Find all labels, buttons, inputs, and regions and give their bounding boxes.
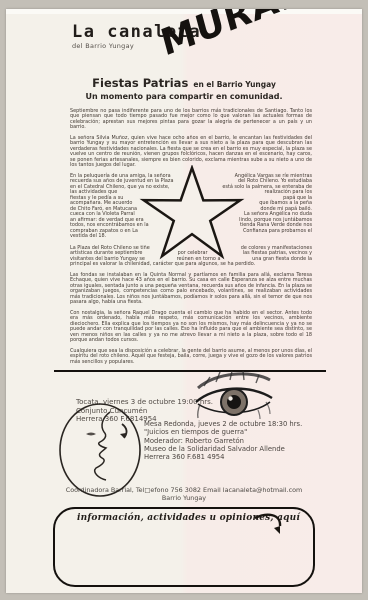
plaza-row: principal es valorar la chilenidad, cará… bbox=[70, 262, 312, 268]
event-mesa-line: Museo de la Solidaridad Salvador Allende bbox=[144, 445, 302, 453]
headline-title: Fiestas Patrias bbox=[92, 76, 188, 90]
headline-subtitle: Un momento para compartir en comunidad. bbox=[6, 92, 362, 102]
star-icon bbox=[136, 165, 248, 261]
headline-title-suffix: en el Barrio Yungay bbox=[193, 80, 275, 89]
arrow-icon bbox=[253, 512, 287, 542]
plaza-left-segment: principal es valorar la chilenidad, cará… bbox=[70, 262, 255, 268]
flyer-page: La canaleta. del Barrio Yungay MURAL Fie… bbox=[6, 9, 362, 593]
plaza-right-segment: una gran fiesta donde la bbox=[252, 257, 312, 263]
star-wrap-section: En la peluquería de una amiga, la señora… bbox=[70, 174, 312, 244]
article-body: Septiembre no pasa indiferente para uno … bbox=[70, 109, 312, 485]
headline: Fiestas Patrias en el Barrio Yungay Un m… bbox=[6, 72, 362, 102]
event-mesa-line: Herrera 360 F.681 4954 bbox=[144, 453, 302, 461]
event-mesa-line: Mesa Redonda, jueves 2 de octubre 18:30 … bbox=[144, 420, 302, 428]
event-mesa-line: "Juicios en tiempos de guerra" bbox=[144, 428, 302, 436]
paragraph-septiembre: Septiembre no pasa indiferente para uno … bbox=[70, 109, 312, 131]
event-mesa-redonda: Mesa Redonda, jueves 2 de octubre 18:30 … bbox=[144, 420, 302, 461]
suggestion-box: información, actividades u opiniones, aq… bbox=[53, 507, 315, 587]
event-mesa-line: Moderador: Roberto Garretón bbox=[144, 437, 302, 445]
masthead: La canaleta. del Barrio Yungay MURAL bbox=[6, 9, 362, 50]
paragraph-raquel-drago: Con nostalgia, la señora Raquel Drago cu… bbox=[70, 311, 312, 344]
paragraph-cierre: Cualquiera que sea la disposición a cele… bbox=[70, 349, 312, 366]
paragraph-fondas: Las fondas se instalaban en la Quinta No… bbox=[70, 273, 312, 306]
headline-title-row: Fiestas Patrias en el Barrio Yungay bbox=[6, 72, 362, 91]
face-profile-illustration bbox=[52, 396, 148, 500]
events-section: Tocata, viernes 3 de octubre 19:00 hrs.C… bbox=[70, 372, 312, 484]
